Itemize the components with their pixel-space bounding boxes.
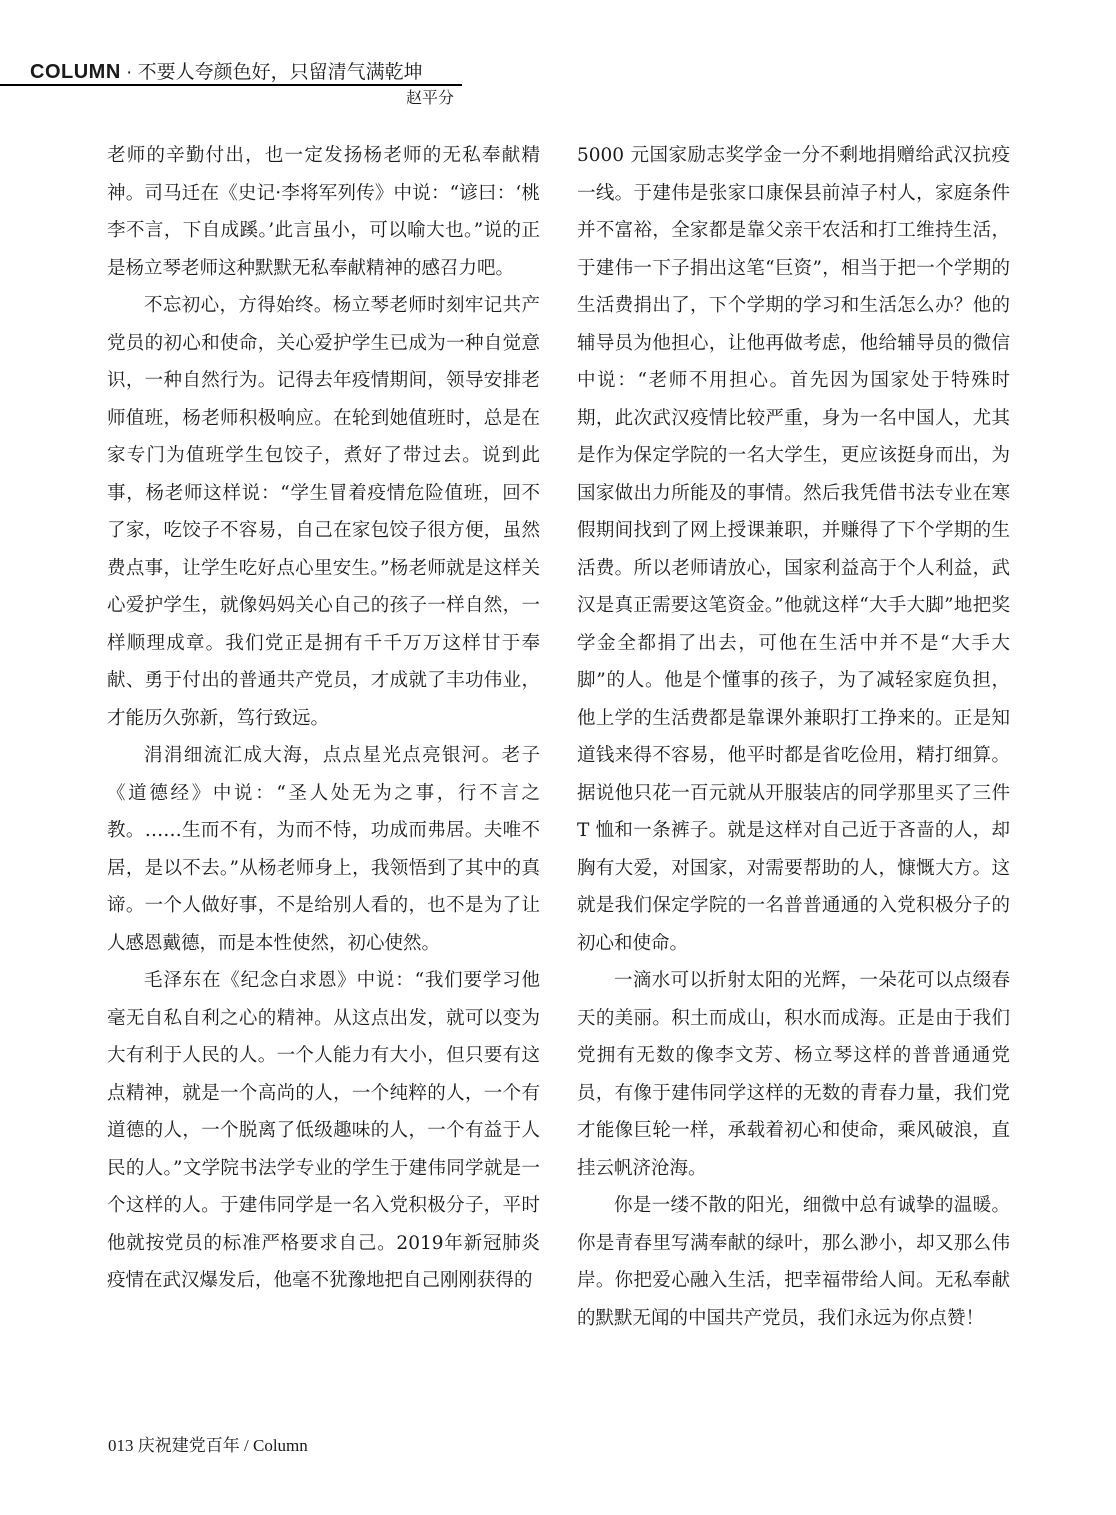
column-title: COLUMN · 不要人夸颜色好，只留清气满乾坤 <box>30 60 423 85</box>
column-name-en: Column <box>253 1436 308 1455</box>
page-number: 013 <box>108 1436 134 1455</box>
paragraph: 毛泽东在《纪念白求恩》中说：“我们要学习他毫无自私自利之心的精神。从这点出发，就… <box>107 962 540 1300</box>
header-divider <box>0 84 462 86</box>
page-footer: 013 庆祝建党百年 / Column <box>108 1436 308 1456</box>
column-label: COLUMN <box>30 61 121 83</box>
right-column: 5000 元国家励志奖学金一分不剩地捐赠给武汉抗疫一线。于建伟是张家口康保县前淖… <box>577 137 1010 1337</box>
section-name: 庆祝建党百年 <box>138 1436 240 1455</box>
article-title: 不要人夸颜色好，只留清气满乾坤 <box>138 62 423 83</box>
paragraph: 老师的辛勤付出，也一定发扬杨老师的无私奉献精神。司马迁在《史记·李将军列传》中说… <box>107 137 540 287</box>
title-separator: · <box>126 62 132 83</box>
paragraph: 涓涓细流汇成大海，点点星光点亮银河。老子《道德经》中说：“圣人处无为之事，行不言… <box>107 737 540 962</box>
paragraph: 5000 元国家励志奖学金一分不剩地捐赠给武汉抗疫一线。于建伟是张家口康保县前淖… <box>577 137 1010 962</box>
left-column: 老师的辛勤付出，也一定发扬杨老师的无私奉献精神。司马迁在《史记·李将军列传》中说… <box>107 137 540 1300</box>
paragraph: 一滴水可以折射太阳的光辉，一朵花可以点缀春天的美丽。积土而成山，积水而成海。正是… <box>577 962 1010 1187</box>
footer-separator: / <box>244 1436 249 1455</box>
author-name: 赵平分 <box>406 88 454 108</box>
paragraph: 不忘初心，方得始终。杨立琴老师时刻牢记共产党员的初心和使命，关心爱护学生已成为一… <box>107 287 540 737</box>
paragraph: 你是一缕不散的阳光，细微中总有诚挚的温暖。你是青春里写满奉献的绿叶，那么渺小，却… <box>577 1187 1010 1337</box>
